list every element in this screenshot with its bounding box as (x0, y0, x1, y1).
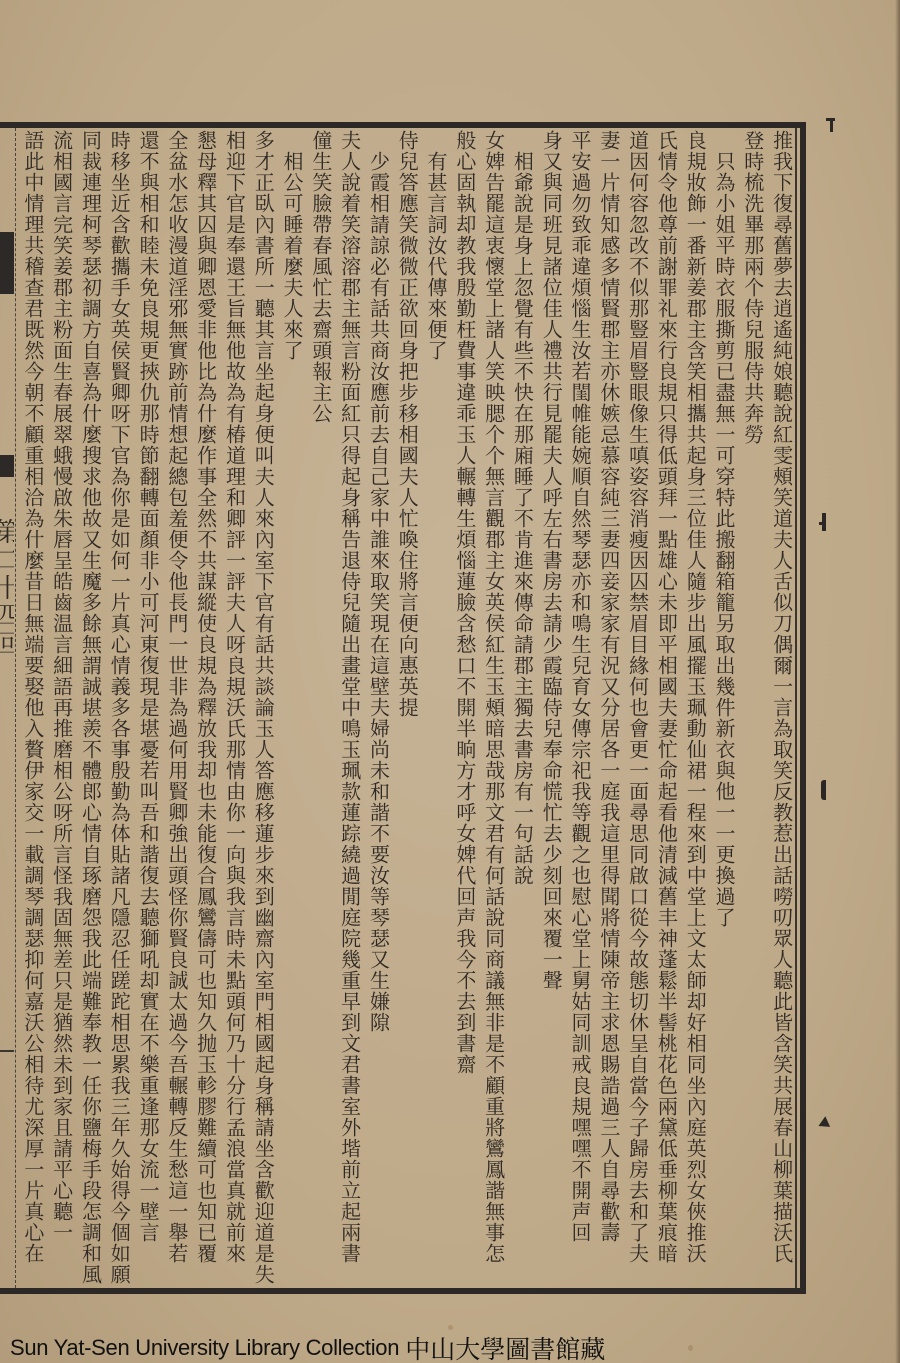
text-column: 多才正臥內書所。一聽其言坐起身。便叫夫人來內室。下官有話共談論。玉人答應移蓮步。… (248, 130, 277, 1292)
text-column-prose: 相爺說是身上忽覺有些不快在那廂睡了不肯進來傳命請郡主獨去書房有一句話說 (508, 130, 537, 1292)
chapter-label: 第二十四回 (0, 518, 14, 658)
text-column: 懇母釋其囚。與卿恩愛非他比。為什麼作事全然不共謀。縱使良規為釋放。我却也未能復合… (191, 130, 220, 1292)
fold-margin-strip: 第二十四回 (0, 128, 14, 1288)
text-column: 般心固執。却教我殷勤枉費事違乖。玉人輾轉生煩惱。蓮臉含愁口不開。半晌方才呼女婢。… (450, 130, 479, 1292)
text-column: 流相國言完笑。姜郡主粉面生春展翠蛾。慢啟朱唇呈皓齒。温言細語再推磨。相公呀所言怪… (47, 130, 76, 1292)
collection-label-zh: 中山大學圖書館藏 (405, 1335, 605, 1363)
text-column-prose: 只為小姐平時衣服撕剪已盡無一可穿。特此搬翻箱籠。另取出幾件新衣與他一一更換過了 (709, 130, 738, 1292)
binding-mark (830, 118, 833, 132)
binding-mark (818, 1116, 833, 1132)
text-column-prose: 少霞相請諒必有話共商汝應前去自己家中誰來取笑現在這壁夫婦尚未和諧不要汝等琴瑟又生… (364, 130, 393, 1292)
text-column: 相迎。下官是奉還王旨無他故。為有椿道理和卿評一評。夫人呀。良規沃氏那情由。你一向… (220, 130, 249, 1292)
text-column: 同裁連理柯。琴瑟初調方自喜。為什麼搜求他故又生魔。多餘無謂誠堪羨。不體郎心情自琢… (76, 130, 105, 1292)
binding-mark (819, 522, 826, 525)
text-column: 良規妝飾一番新。姜郡主含笑相攜共起身。三位佳人隨步出。風擺玉珮動仙裙。一程來到中… (680, 130, 709, 1292)
text-column: 女婢告罷這衷懷。堂上諸人笑映腮。个个無言觀郡主。女英侯紅生玉頰暗思哉。那文君有何… (479, 130, 508, 1292)
text-column-prose: 有甚言詞汝代傳來便了 (421, 130, 450, 1292)
text-column: 語。此中情理共稽查。君既然今朝不顧重相洽。為什麼昔日無端要娶他。入贅伊家交一載。… (18, 130, 47, 1292)
text-column: 道因何容忽改。不似那豎眉豎眼像生嗔。姿容消瘦因囚禁。眉目緣何也會更。一面尋思同啟… (623, 130, 652, 1292)
text-body: 推我下。復尋舊夢去逍遙。純娘聽說紅雯頰。笑道夫人舌似刀。偶爾一言為取笑。反教惹出… (18, 130, 796, 1292)
page-edge-shadow (895, 0, 900, 1363)
collection-label-en: Sun Yat-Sen University Library Collectio… (10, 1335, 399, 1360)
frame-border-right (800, 122, 806, 1294)
text-column: 僮。生笑臉帶春風。忙去齋頭報主公 (306, 130, 335, 1292)
fish-tail-mark (0, 455, 14, 477)
paper-stain (688, 1345, 693, 1351)
text-column: 登時梳洗畢。那兩个侍兒服侍共奔勞。 (738, 130, 767, 1292)
text-column: 全盆水怎收。漫道淫邪無實跡。前情想起總包羞。便令他長門一世非為過。何用賢卿強出頭… (162, 130, 191, 1292)
text-column-prose: 相公可睡着麼夫人來了 (277, 130, 306, 1292)
text-column: 侍兒答應笑微微。正欲回身把步移。相國夫人忙喚住。將言便向惠英提。 (392, 130, 421, 1292)
fold-divider-line (0, 1050, 14, 1052)
text-column: 時移坐近。含歡攜手女英侯。賢卿呀下官為你是如何。一片真心情義多。各事殷勤為体貼。… (104, 130, 133, 1292)
text-column: 平安過。勿致乖違煩惱生。汝若閨帷能婉順。自然琴瑟亦和鳴。生兒育女傳宗祀。我等觀之… (565, 130, 594, 1292)
text-column: 妻一片情。知感多情賢郡主。亦休嫉忌慕容純。三妻四妾家家有。況又分居各一庭。我這里… (594, 130, 623, 1292)
fish-tail-mark (0, 232, 14, 294)
binding-mark (821, 780, 826, 800)
frame-border-top (0, 122, 806, 128)
text-column: 身又與同班見諸位佳人禮共行。見罷夫人呼左右。書房去請少霞臨。侍兒奉命慌忙去。少刻… (536, 130, 565, 1292)
collection-footer: Sun Yat-Sen University Library Collectio… (10, 1330, 605, 1360)
text-column: 氏。情令他尊前謝罪礼來行。良規只得低頭拜。一點雄心未即平。相國夫妻忙命起。看他清… (652, 130, 681, 1292)
text-column: 推我下。復尋舊夢去逍遙。純娘聽說紅雯頰。笑道夫人舌似刀。偶爾一言為取笑。反教惹出… (767, 130, 796, 1292)
text-column: 還不與相和睦。未免良規更挾仇。那時節翻轉面顏非小可。河東復現是堪憂。若叫吾和諧復… (133, 130, 162, 1292)
frame-border-left (15, 128, 16, 1288)
text-column: 夫人說着笑溶溶。郡主無言粉面紅。只得起身稱告退。侍兒隨出畫堂中。鳴玉珮。款蓮踪。… (335, 130, 364, 1292)
